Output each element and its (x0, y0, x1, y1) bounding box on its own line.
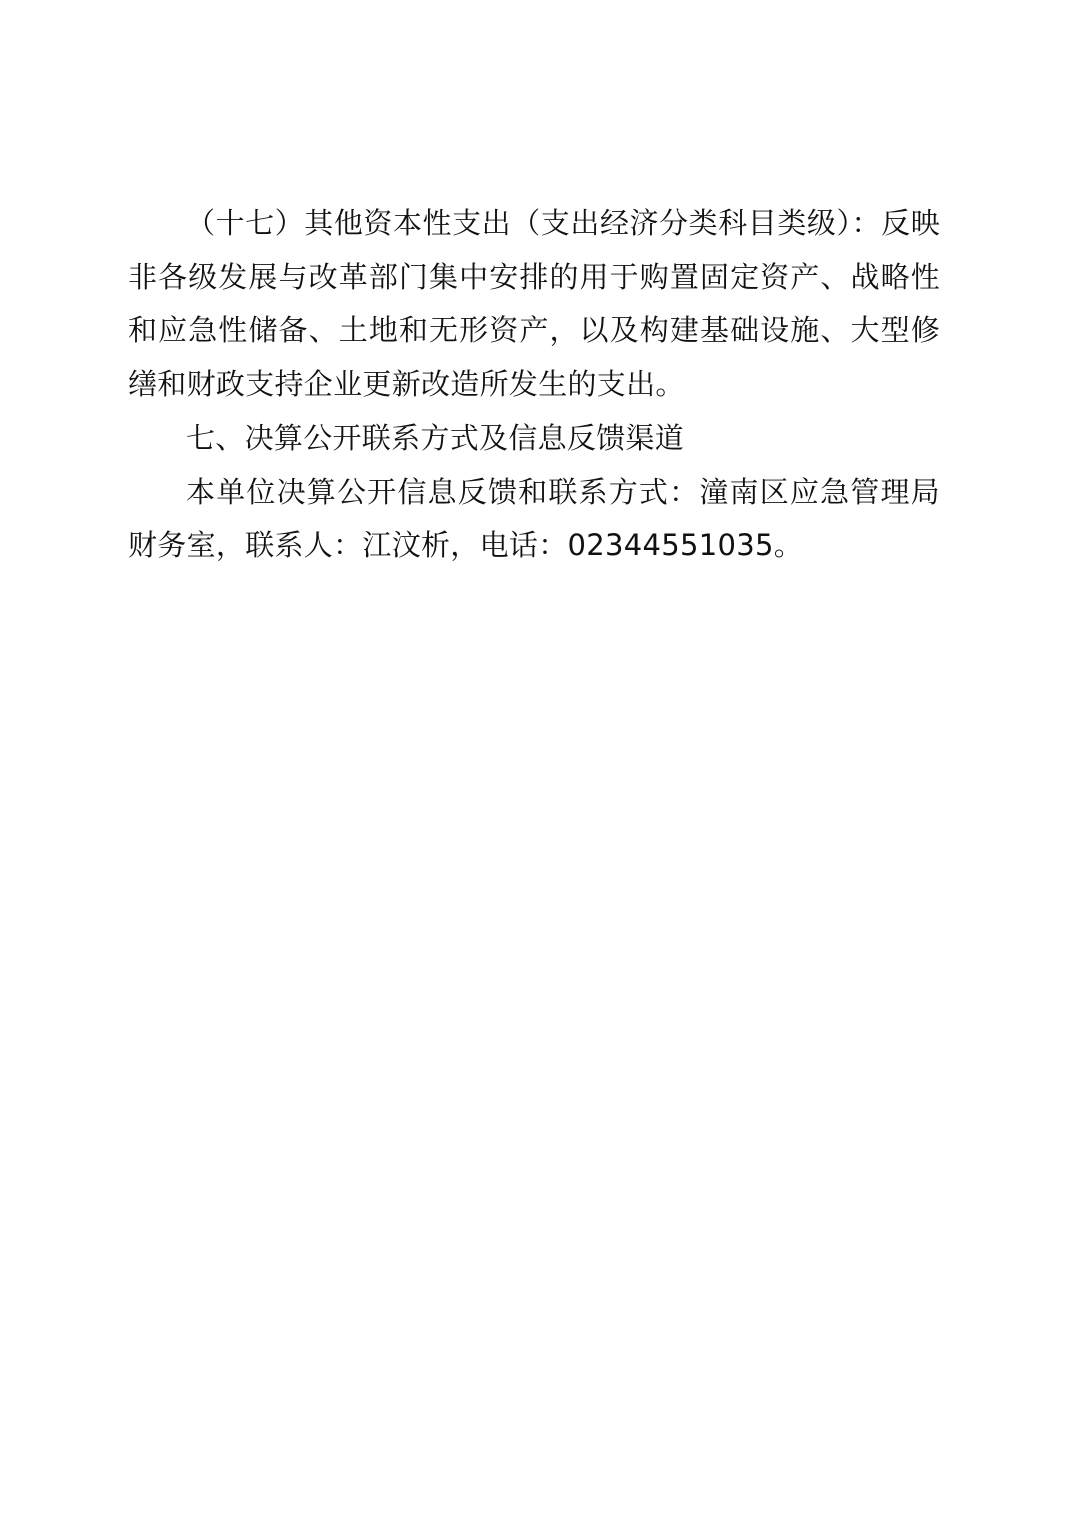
document-body: （十七）其他资本性支出（支出经济分类科目类级）：反映非各级发展与改革部门集中安排… (128, 197, 940, 573)
paragraph-contact-info: 本单位决算公开信息反馈和联系方式：潼南区应急管理局财务室，联系人：江汶析，电话：… (128, 466, 940, 573)
section-heading-contact-feedback: 七、决算公开联系方式及信息反馈渠道 (128, 412, 940, 466)
document-page: （十七）其他资本性支出（支出经济分类科目类级）：反映非各级发展与改革部门集中安排… (0, 0, 1074, 1520)
paragraph-other-capital-expenditure: （十七）其他资本性支出（支出经济分类科目类级）：反映非各级发展与改革部门集中安排… (128, 197, 940, 412)
